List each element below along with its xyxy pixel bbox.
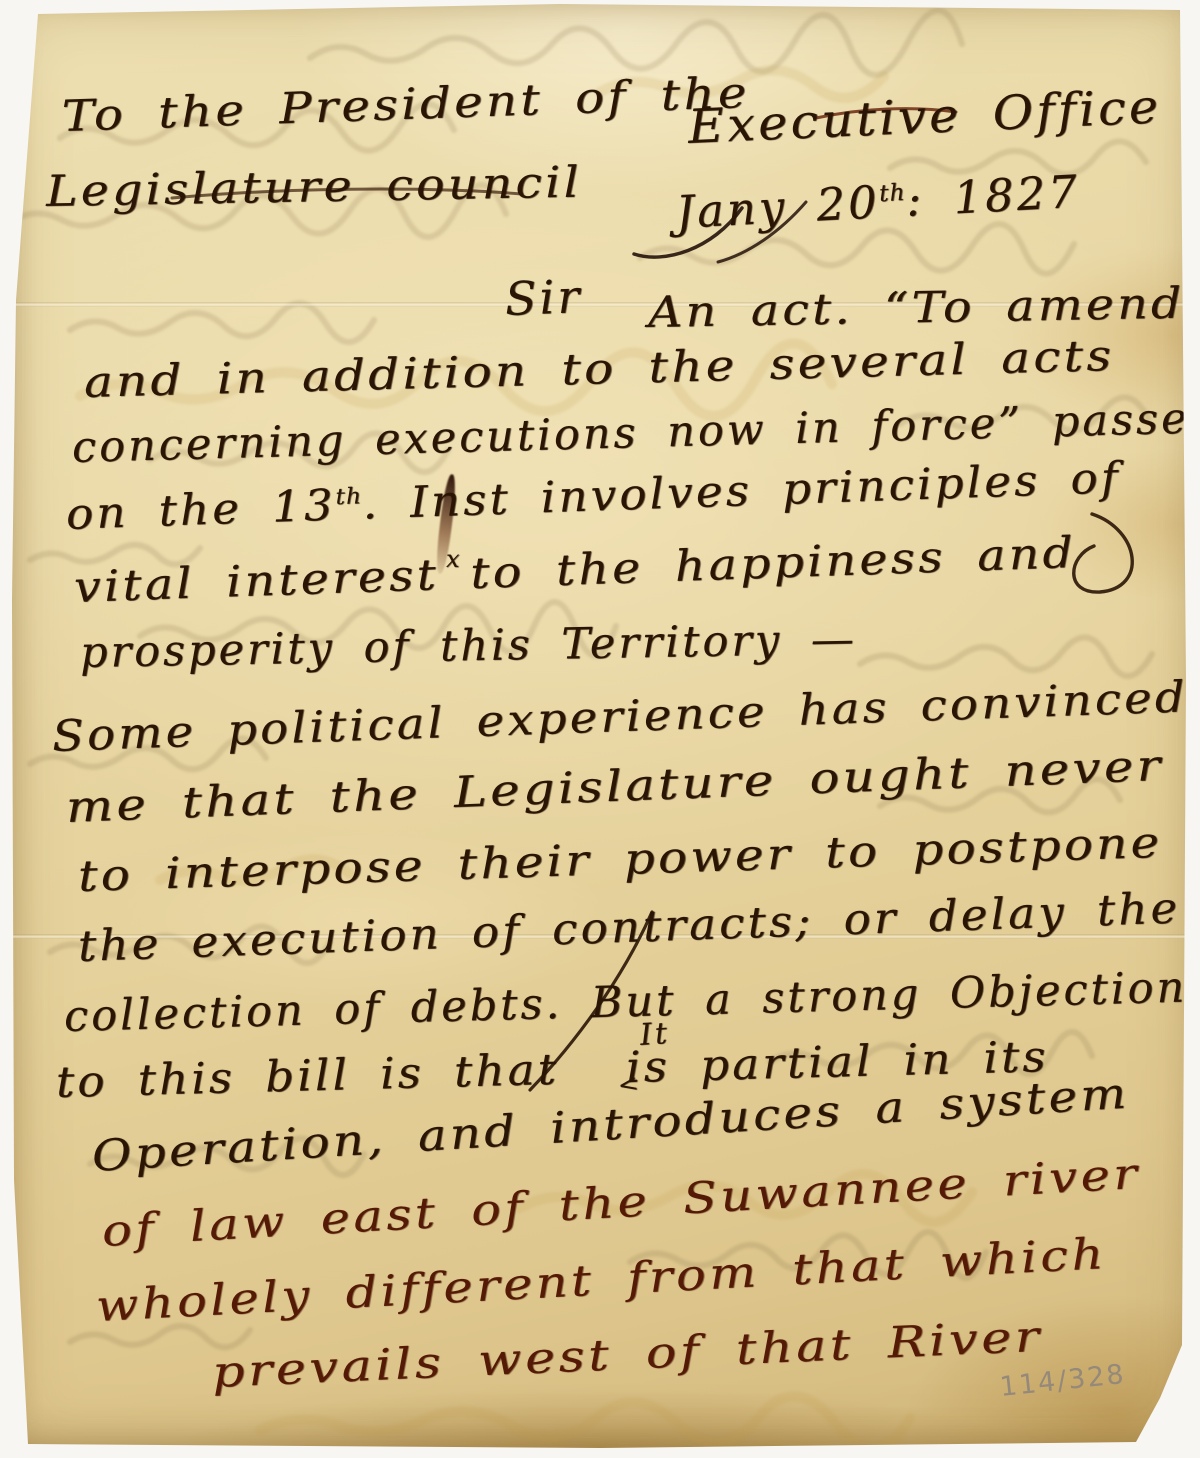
- manuscript-line: collection of debts. But a strong Object…: [63, 963, 1187, 1042]
- line-text: on the 13: [65, 481, 336, 540]
- line-text: to this bill is that: [55, 1045, 559, 1108]
- date-text: Jany 20: [675, 175, 881, 239]
- date-superscript: th: [878, 178, 906, 207]
- salutation: Sir: [504, 269, 583, 326]
- inserted-word: It: [639, 1016, 671, 1053]
- addressee-line: To the President of the: [61, 68, 750, 142]
- line-text: . Inst involves principles of: [362, 453, 1122, 529]
- dateline-place: Executive Office: [687, 79, 1162, 155]
- insertion-caret-mark: <: [616, 1068, 644, 1100]
- addressee-line: Legislature council: [46, 158, 583, 217]
- manuscript-line: An act. “To amend: [648, 279, 1185, 338]
- manuscript-line: prosperity of this Territory —: [80, 614, 858, 678]
- date-year: : 1827: [905, 165, 1082, 227]
- dateline-date: Jany 20th: 1827: [675, 165, 1082, 239]
- paper-sheet: To the President of the Legislature coun…: [0, 0, 1200, 1458]
- archival-page-number: 114/328: [998, 1359, 1127, 1403]
- manuscript-line: and in addition to the several acts: [83, 331, 1115, 408]
- scan-background: To the President of the Legislature coun…: [0, 0, 1200, 1458]
- ordinal-superscript: th: [335, 483, 363, 510]
- manuscript-line: prevails west of that River: [211, 1312, 1044, 1398]
- manuscript-line: vital interest to the happiness and: [73, 528, 1077, 613]
